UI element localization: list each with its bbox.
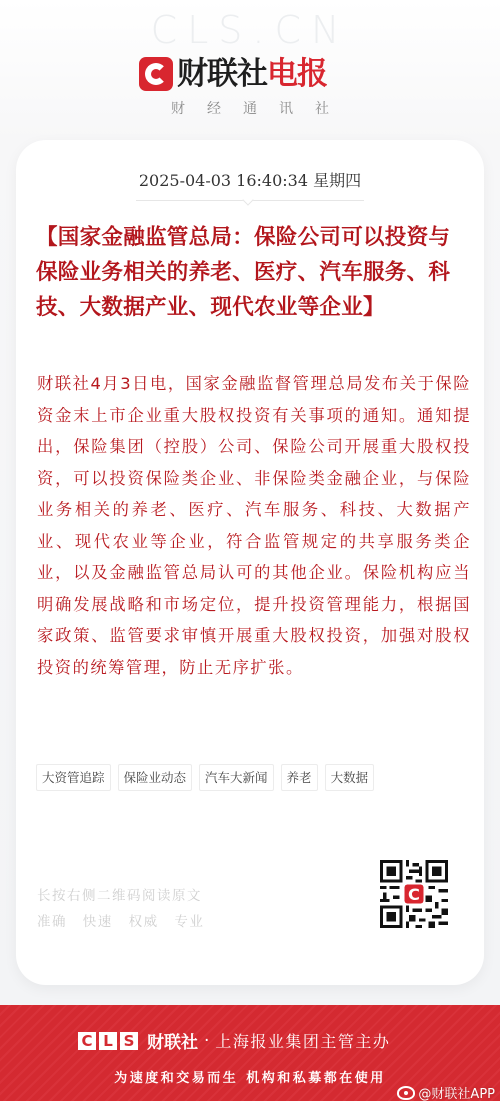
slogan-item: 准确 <box>37 914 67 930</box>
cls-letter: C <box>78 1032 96 1050</box>
banner-brand: 财联社 <box>147 1028 198 1053</box>
cls-letter: S <box>120 1032 138 1050</box>
cls-watermark: CLS.CN <box>0 8 500 52</box>
weibo-handle: @财联社APP <box>418 1083 495 1101</box>
weibo-credit: @财联社APP <box>397 1083 495 1101</box>
slogan-item: 专业 <box>174 914 204 930</box>
tag-item[interactable]: 大资管追踪 <box>36 764 111 791</box>
article-body: 财联社4月3日电，国家金融监督管理总局发布关于保险资金末上市企业重大股权投资有关… <box>37 368 471 683</box>
svg-text:C: C <box>408 885 420 904</box>
brand-subtitle: 财经通讯社 <box>0 98 500 118</box>
weibo-icon <box>397 1086 415 1100</box>
slogan-item: 快速 <box>83 914 113 930</box>
qr-code[interactable]: C <box>380 860 448 928</box>
article-headline: 【国家金融监管总局：保险公司可以投资与保险业务相关的养老、医疗、汽车服务、科技、… <box>36 220 468 325</box>
article-datetime: 2025-04-03 16:40:34 星期四 <box>16 168 484 191</box>
tag-item[interactable]: 汽车大新闻 <box>199 764 274 791</box>
tag-item[interactable]: 保险业动态 <box>118 764 193 791</box>
brand-suffix: 电报 <box>267 56 327 92</box>
header: CLS.CN 财联社 电报 财经通讯社 <box>0 0 500 140</box>
brand-name: 财联社 <box>177 56 267 92</box>
page: CLS.CN 财联社 电报 财经通讯社 2025-04-03 16:40:34 … <box>0 0 500 1101</box>
tag-list: 大资管追踪 保险业动态 汽车大新闻 养老 大数据 <box>36 764 374 791</box>
slogan-row: 准确 快速 权威 专业 <box>37 910 214 930</box>
article-card: 2025-04-03 16:40:34 星期四 【国家金融监管总局：保险公司可以… <box>16 140 484 985</box>
tag-item[interactable]: 养老 <box>281 764 318 791</box>
divider-notch <box>242 194 253 205</box>
cls-letter: L <box>99 1032 117 1050</box>
tagline-part: 机构和私募都在使用 <box>246 1071 386 1086</box>
tag-item[interactable]: 大数据 <box>325 764 375 791</box>
banner-brand-row: C L S 财联社 · 上海报业集团主管主办 <box>78 1028 390 1053</box>
qr-hint: 长按右侧二维码阅读原文 <box>37 884 202 904</box>
tagline-part: 为速度和交易而生 <box>114 1071 238 1086</box>
banner-org: 上海报业集团主管主办 <box>215 1029 390 1052</box>
banner-dot: · <box>204 1031 209 1051</box>
qr-code-icon: C <box>380 860 448 928</box>
slogan-item: 权威 <box>129 914 159 930</box>
cls-logo-icon <box>139 57 173 91</box>
brand-logo-group: 财联社 电报 <box>139 56 327 92</box>
